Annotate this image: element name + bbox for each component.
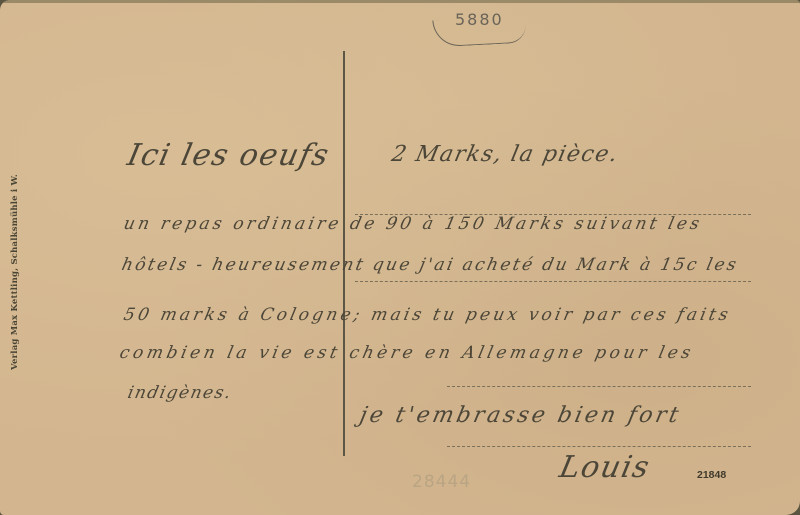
message-line-3: un repas ordinaire de 90 à 150 Marks sui… bbox=[122, 214, 704, 234]
message-line-7: indigènes. bbox=[126, 383, 234, 403]
message-line-2: 2 Marks, la pièce. bbox=[389, 142, 621, 167]
address-line-4 bbox=[447, 446, 751, 447]
address-line-2 bbox=[355, 281, 751, 282]
archive-number: 5880 bbox=[455, 10, 504, 29]
catalog-number: 21848 bbox=[697, 469, 726, 481]
closing-line: je t'embrasse bien fort bbox=[357, 403, 683, 428]
pencil-note: 28444 bbox=[412, 472, 471, 492]
message-line-5: 50 marks à Cologne; mais tu peux voir pa… bbox=[122, 305, 733, 325]
message-line-1: Ici les oeufs bbox=[124, 138, 333, 173]
message-line-4: hôtels - heureusement que j'ai acheté du… bbox=[120, 255, 740, 275]
publisher-imprint: Verlag Max Kettling, Schalksmühle i W. bbox=[10, 174, 20, 370]
signature: Louis bbox=[556, 450, 653, 485]
postcard-back: 5880 Verlag Max Kettling, Schalksmühle i… bbox=[0, 0, 800, 515]
center-divider bbox=[343, 51, 345, 456]
message-line-6: combien la vie est chère en Allemagne po… bbox=[118, 343, 696, 363]
card-edge bbox=[0, 0, 800, 3]
address-line-3 bbox=[447, 386, 751, 387]
